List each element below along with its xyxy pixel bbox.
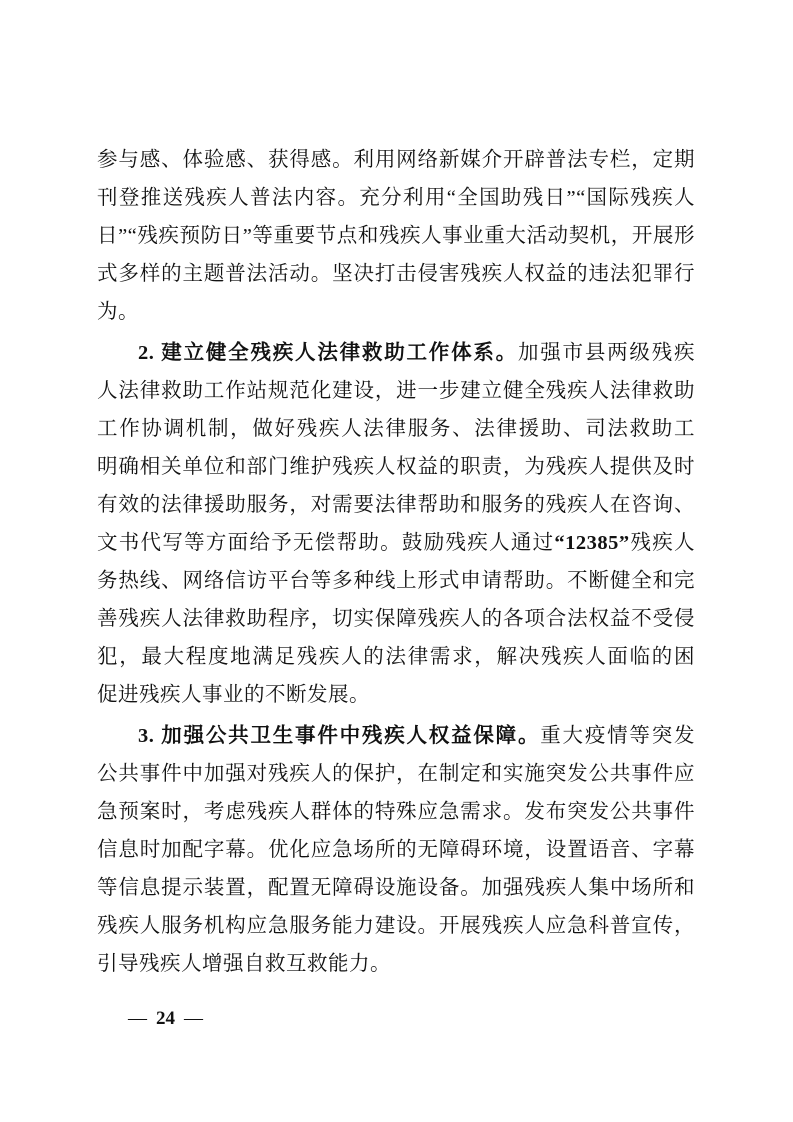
text-segment: 等信息提示装置，配置无障碍设施设备。加强残疾人集中场所和 bbox=[97, 877, 695, 899]
bold-text-segment: “12385” bbox=[554, 532, 629, 554]
text-segment: 残疾人服务机构应急服务能力建设。开展残疾人应急科普宣传， bbox=[97, 915, 695, 937]
text-line: 参与感、体验感、获得感。利用网络新媒介开辟普法专栏，定期 bbox=[97, 141, 695, 179]
page-number-value: 24 bbox=[156, 1008, 175, 1029]
text-segment: 参与感、体验感、获得感。利用网络新媒介开辟普法专栏，定期 bbox=[97, 149, 695, 171]
text-line: 刊登推送残疾人普法内容。充分利用“全国助残日”“国际残疾人 bbox=[97, 179, 695, 217]
text-line: 残疾人服务机构应急服务能力建设。开展残疾人应急科普宣传， bbox=[97, 907, 695, 945]
document-body: 参与感、体验感、获得感。利用网络新媒介开辟普法专栏，定期刊登推送残疾人普法内容。… bbox=[97, 141, 695, 983]
text-segment: 刊登推送残疾人普法内容。充分利用“全国助残日”“国际残疾人 bbox=[97, 187, 695, 209]
text-line: 文书代写等方面给予无偿帮助。鼓励残疾人通过“12385”残疾人服 bbox=[97, 524, 695, 562]
page-number: —24— bbox=[128, 1006, 203, 1032]
text-line: 人法律救助工作站规范化建设，进一步建立健全残疾人法律救助 bbox=[97, 372, 695, 410]
text-line: 日”“残疾预防日”等重要节点和残疾人事业重大活动契机，开展形 bbox=[97, 217, 695, 255]
page-number-left-dash: — bbox=[128, 1008, 147, 1029]
text-line: 务热线、网络信访平台等多种线上形式申请帮助。不断健全和完 bbox=[97, 562, 695, 600]
text-segment: 明确相关单位和部门维护残疾人权益的职责，为残疾人提供及时 bbox=[97, 456, 695, 478]
paragraph: 3. 加强公共卫生事件中残疾人权益保障。重大疫情等突发公共事件中加强对残疾人的保… bbox=[97, 717, 695, 983]
text-segment: 工作协调机制，做好残疾人法律服务、法律援助、司法救助工作， bbox=[97, 418, 695, 448]
text-segment: 加强市县两级残疾 bbox=[518, 342, 695, 364]
text-segment: 公共事件中加强对残疾人的保护，在制定和实施突发公共事件应 bbox=[97, 763, 695, 785]
text-line: 急预案时，考虑残疾人群体的特殊应急需求。发布突发公共事件 bbox=[97, 793, 695, 831]
text-segment: 人法律救助工作站规范化建设，进一步建立健全残疾人法律救助 bbox=[97, 380, 695, 402]
text-line: 信息时加配字幕。优化应急场所的无障碍环境，设置语音、字幕 bbox=[97, 831, 695, 869]
text-segment: 重大疫情等突发 bbox=[540, 725, 695, 747]
paragraph: 2. 建立健全残疾人法律救助工作体系。加强市县两级残疾人法律救助工作站规范化建设… bbox=[97, 334, 695, 714]
text-line: 2. 建立健全残疾人法律救助工作体系。加强市县两级残疾 bbox=[97, 334, 695, 372]
text-segment: 善残疾人法律救助程序，切实保障残疾人的各项合法权益不受侵 bbox=[97, 608, 695, 630]
paragraph: 参与感、体验感、获得感。利用网络新媒介开辟普法专栏，定期刊登推送残疾人普法内容。… bbox=[97, 141, 695, 331]
text-line: 式多样的主题普法活动。坚决打击侵害残疾人权益的违法犯罪行 bbox=[97, 255, 695, 293]
text-segment: 务热线、网络信访平台等多种线上形式申请帮助。不断健全和完 bbox=[97, 570, 695, 592]
text-segment: 引导残疾人增强自救互救能力。 bbox=[97, 953, 391, 975]
text-segment: 式多样的主题普法活动。坚决打击侵害残疾人权益的违法犯罪行 bbox=[97, 263, 695, 285]
text-line: 犯，最大程度地满足残疾人的法律需求，解决残疾人面临的困难， bbox=[97, 638, 695, 676]
text-line: 引导残疾人增强自救互救能力。 bbox=[97, 945, 695, 983]
bold-text-segment: 3. 加强公共卫生事件中残疾人权益保障。 bbox=[138, 725, 540, 747]
text-segment: 促进残疾人事业的不断发展。 bbox=[97, 684, 370, 706]
page-number-right-dash: — bbox=[184, 1008, 203, 1029]
document-page: 参与感、体验感、获得感。利用网络新媒介开辟普法专栏，定期刊登推送残疾人普法内容。… bbox=[0, 0, 793, 1122]
text-line: 3. 加强公共卫生事件中残疾人权益保障。重大疫情等突发 bbox=[97, 717, 695, 755]
text-line: 为。 bbox=[97, 293, 695, 331]
text-line: 有效的法律援助服务，对需要法律帮助和服务的残疾人在咨询、 bbox=[97, 486, 695, 524]
text-segment: 急预案时，考虑残疾人群体的特殊应急需求。发布突发公共事件 bbox=[97, 801, 695, 823]
text-segment: 为。 bbox=[97, 301, 139, 323]
text-segment: 有效的法律援助服务，对需要法律帮助和服务的残疾人在咨询、 bbox=[97, 494, 695, 516]
text-line: 善残疾人法律救助程序，切实保障残疾人的各项合法权益不受侵 bbox=[97, 600, 695, 638]
text-segment: 犯，最大程度地满足残疾人的法律需求，解决残疾人面临的困难， bbox=[97, 646, 695, 676]
text-segment: 日”“残疾预防日”等重要节点和残疾人事业重大活动契机，开展形 bbox=[97, 225, 695, 247]
text-segment: 文书代写等方面给予无偿帮助。鼓励残疾人通过 bbox=[97, 532, 554, 554]
text-line: 明确相关单位和部门维护残疾人权益的职责，为残疾人提供及时 bbox=[97, 448, 695, 486]
text-line: 等信息提示装置，配置无障碍设施设备。加强残疾人集中场所和 bbox=[97, 869, 695, 907]
text-line: 促进残疾人事业的不断发展。 bbox=[97, 676, 695, 714]
text-line: 公共事件中加强对残疾人的保护，在制定和实施突发公共事件应 bbox=[97, 755, 695, 793]
text-line: 工作协调机制，做好残疾人法律服务、法律援助、司法救助工作， bbox=[97, 410, 695, 448]
text-segment: 信息时加配字幕。优化应急场所的无障碍环境，设置语音、字幕 bbox=[97, 839, 695, 861]
bold-text-segment: 2. 建立健全残疾人法律救助工作体系。 bbox=[138, 342, 518, 364]
